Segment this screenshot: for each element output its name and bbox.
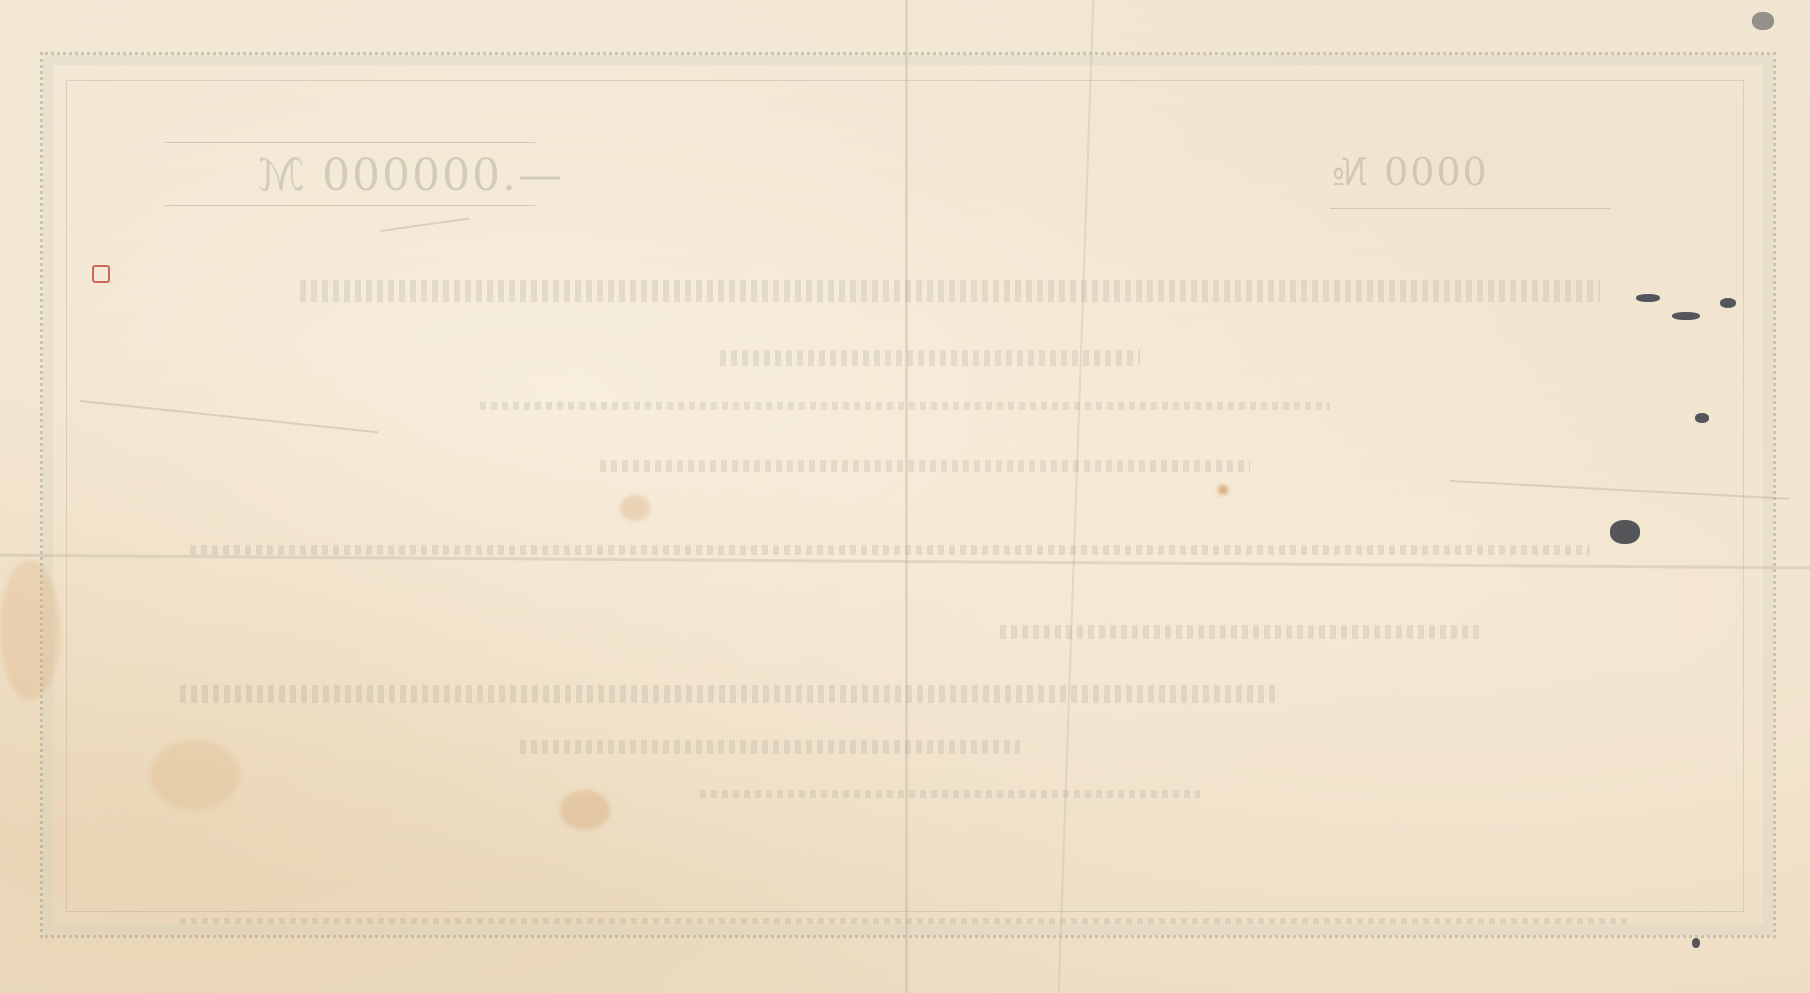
faint-text-line: [720, 350, 1140, 366]
faint-text-line: [600, 460, 1250, 472]
faint-text-line: [180, 918, 1630, 924]
ink-spot: [1610, 520, 1640, 544]
faint-text-line: [480, 402, 1330, 410]
ink-spot: [1692, 938, 1700, 948]
brown-stain: [560, 790, 610, 830]
faint-text-line: [180, 685, 1280, 703]
faint-text-line: [520, 740, 1020, 754]
ink-spot: [1636, 294, 1660, 302]
brown-stain: [0, 560, 60, 700]
amount-rule-top: [165, 142, 535, 143]
brown-stain: [1218, 485, 1228, 495]
amount-rule-bottom: [165, 205, 535, 206]
ink-spot: [1672, 312, 1700, 320]
ink-spot: [1720, 298, 1736, 308]
vertical-fold-left: [905, 0, 908, 993]
faint-text-line: [300, 280, 1600, 302]
mirrored-serial-number: 0000 №: [1330, 150, 1487, 194]
brown-stain: [620, 495, 650, 521]
mirrored-amount: —.000000 ℳ: [255, 150, 562, 201]
faint-text-line: [190, 545, 1590, 555]
ink-spot: [1695, 413, 1709, 423]
brown-stain: [150, 740, 240, 810]
ink-spot: [1752, 12, 1774, 30]
legibility-note: Remaining printed lines are faint, mirro…: [0, 0, 1, 1]
faint-text-line: [1000, 625, 1480, 639]
serial-rule: [1330, 208, 1610, 209]
faint-text-line: [700, 790, 1200, 798]
red-stamp-mark: [92, 265, 110, 283]
